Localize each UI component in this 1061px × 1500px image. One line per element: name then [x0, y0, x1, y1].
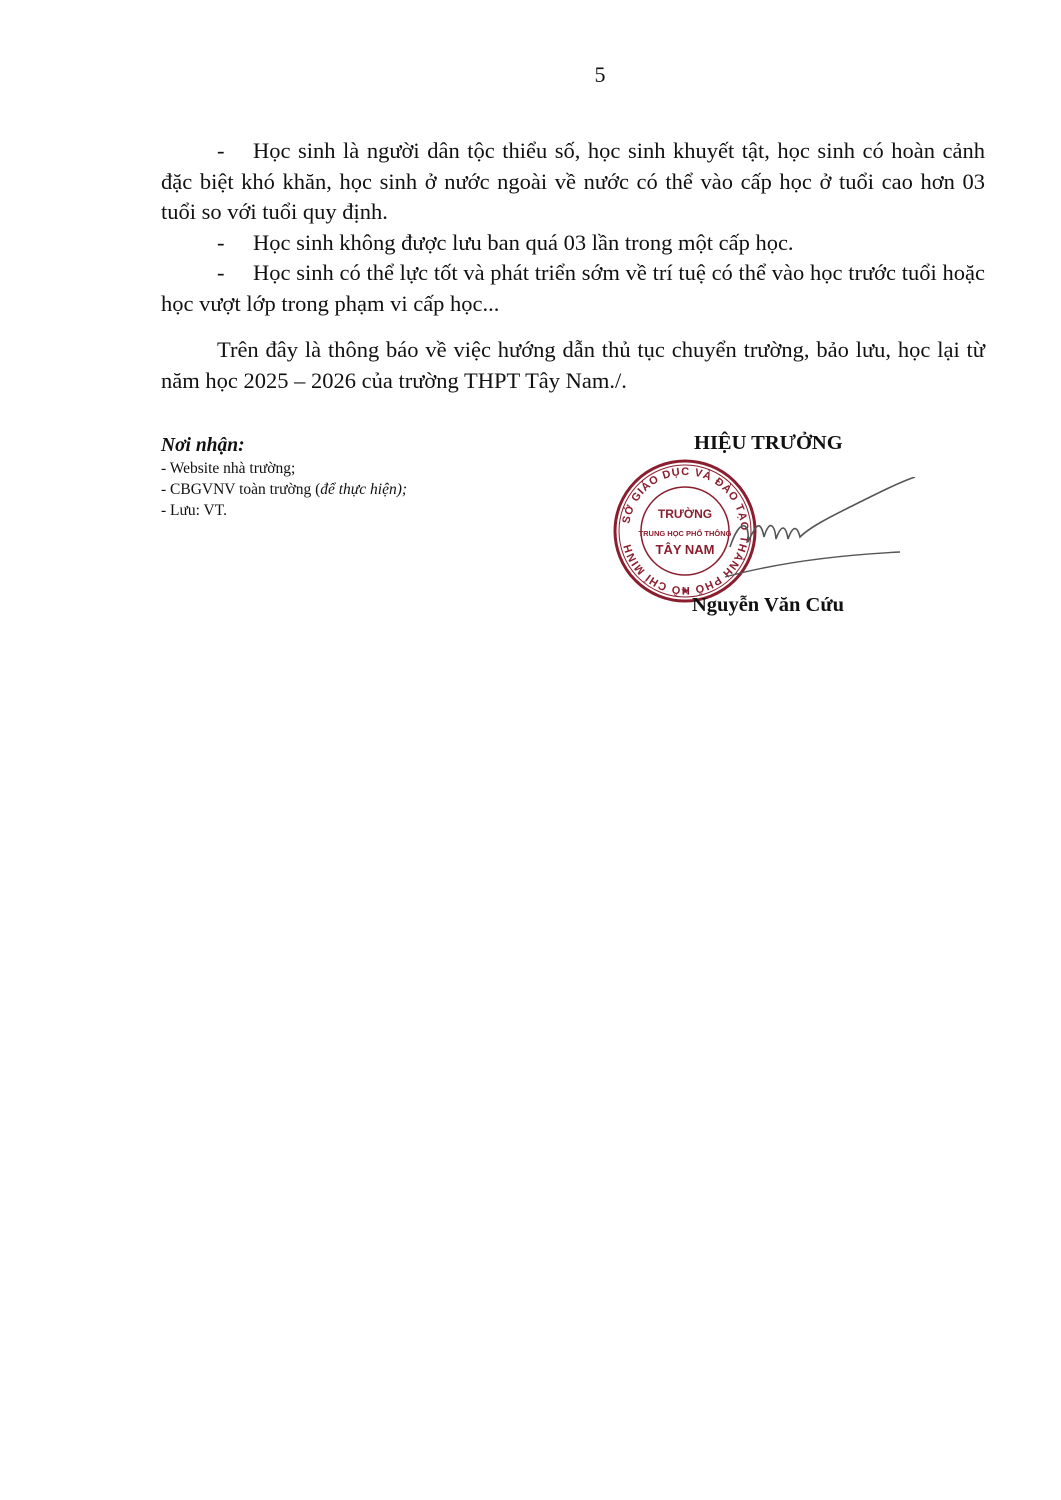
- signer-name: Nguyễn Văn Cứu: [692, 594, 844, 617]
- recipient-emphasis: để thực hiện);: [320, 481, 407, 498]
- recipient-item: - Website nhà trường;: [161, 458, 407, 479]
- signature-block: HIỆU TRƯỞNG SỞ GIÁO DỤC VÀ ĐÀO TẠO THÀNH…: [610, 432, 930, 632]
- svg-text:TÂY NAM: TÂY NAM: [656, 542, 715, 557]
- bullet-text: Học sinh là người dân tộc thiểu số, học …: [161, 138, 985, 224]
- svg-text:TRUNG HỌC PHỔ THÔNG: TRUNG HỌC PHỔ THÔNG: [639, 529, 732, 538]
- recipient-text: - Lưu: VT.: [161, 502, 227, 519]
- handwritten-signature-icon: [720, 477, 920, 587]
- bullet-dash: -: [217, 136, 253, 167]
- bullet-item: -Học sinh không được lưu ban quá 03 lần …: [161, 228, 985, 259]
- bullet-dash: -: [217, 258, 253, 289]
- recipient-text: - CBGVNV toàn trường (: [161, 481, 320, 498]
- recipient-text: - Website nhà trường;: [161, 460, 295, 477]
- svg-text:TRƯỜNG: TRƯỜNG: [658, 506, 712, 521]
- bullet-text: Học sinh không được lưu ban quá 03 lần t…: [253, 230, 794, 255]
- recipient-item: - CBGVNV toàn trường (để thực hiện);: [161, 479, 407, 500]
- signer-title: HIỆU TRƯỞNG: [694, 432, 843, 455]
- document-body: -Học sinh là người dân tộc thiểu số, học…: [161, 136, 985, 396]
- bullet-dash: -: [217, 228, 253, 259]
- recipients-title: Nơi nhận:: [161, 434, 407, 458]
- bullet-text: Học sinh có thể lực tốt và phát triển sớ…: [161, 260, 985, 316]
- bullet-item: -Học sinh là người dân tộc thiểu số, học…: [161, 136, 985, 228]
- recipients-block: Nơi nhận: - Website nhà trường; - CBGVNV…: [161, 434, 407, 521]
- bullet-item: -Học sinh có thể lực tốt và phát triển s…: [161, 258, 985, 319]
- svg-text:★: ★: [681, 586, 690, 597]
- page-number: 5: [0, 62, 1061, 88]
- recipient-item: - Lưu: VT.: [161, 500, 407, 521]
- closing-paragraph: Trên đây là thông báo về việc hướng dẫn …: [161, 335, 985, 396]
